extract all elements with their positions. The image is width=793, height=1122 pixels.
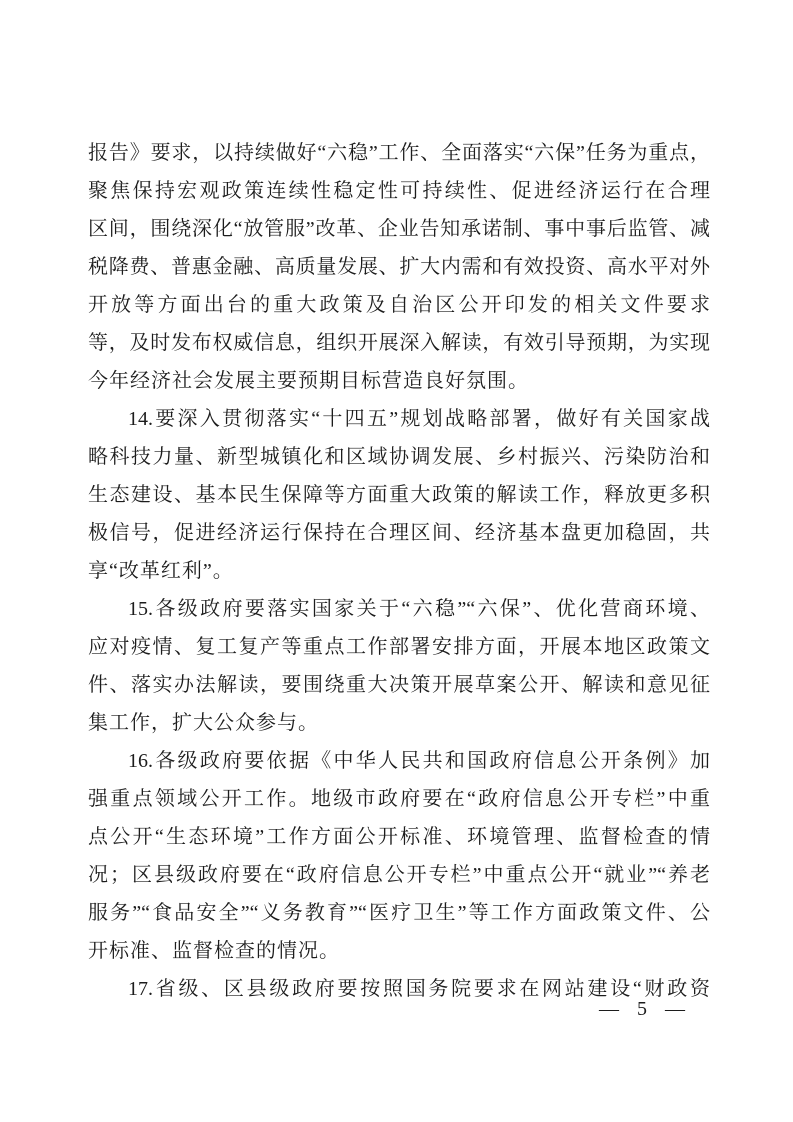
document-body: 报告》要求，以持续做好“六稳”工作、全面落实“六保”任务为重点，聚焦保持宏观政策…	[88, 134, 710, 1008]
page-number-text: — 5 —	[599, 998, 685, 1020]
text-line: 应对疫情、复工复产等重点工作部署安排方面，开展本地区政策文	[88, 628, 710, 666]
text-line: 16.各级政府要依据《中华人民共和国政府信息公开条例》加	[88, 742, 710, 780]
text-line: 开标准、监督检查的情况。	[88, 932, 710, 970]
document-page: 报告》要求，以持续做好“六稳”工作、全面落实“六保”任务为重点，聚焦保持宏观政策…	[0, 0, 793, 1122]
text-line: 生态建设、基本民生保障等方面重大政策的解读工作，释放更多积	[88, 476, 710, 514]
text-line: 略科技力量、新型城镇化和区域协调发展、乡村振兴、污染防治和	[88, 438, 710, 476]
text-line: 集工作，扩大公众参与。	[88, 704, 710, 742]
page-number: — 5 —	[562, 994, 722, 1024]
text-line: 14.要深入贯彻落实“十四五”规划战略部署，做好有关国家战	[88, 400, 710, 438]
text-line: 聚焦保持宏观政策连续性稳定性可持续性、促进经济运行在合理	[88, 172, 710, 210]
text-line: 件、落实办法解读，要围绕重大决策开展草案公开、解读和意见征	[88, 666, 710, 704]
text-line: 报告》要求，以持续做好“六稳”工作、全面落实“六保”任务为重点，	[88, 134, 710, 172]
text-line: 税降费、普惠金融、高质量发展、扩大内需和有效投资、高水平对外	[88, 248, 710, 286]
text-line: 15.各级政府要落实国家关于“六稳”“六保”、优化营商环境、	[88, 590, 710, 628]
text-line: 服务”“食品安全”“义务教育”“医疗卫生”等工作方面政策文件、公	[88, 894, 710, 932]
text-line: 强重点领域公开工作。地级市政府要在“政府信息公开专栏”中重	[88, 780, 710, 818]
text-line: 点公开“生态环境”工作方面公开标准、环境管理、监督检查的情	[88, 818, 710, 856]
text-line: 况；区县级政府要在“政府信息公开专栏”中重点公开“就业”“养老	[88, 856, 710, 894]
text-line: 极信号，促进经济运行保持在合理区间、经济基本盘更加稳固，共	[88, 514, 710, 552]
text-line: 等，及时发布权威信息，组织开展深入解读，有效引导预期，为实现	[88, 324, 710, 362]
text-line: 区间，围绕深化“放管服”改革、企业告知承诺制、事中事后监管、减	[88, 210, 710, 248]
text-line: 享“改革红利”。	[88, 552, 710, 590]
text-line: 今年经济社会发展主要预期目标营造良好氛围。	[88, 362, 710, 400]
text-line: 开放等方面出台的重大政策及自治区公开印发的相关文件要求	[88, 286, 710, 324]
